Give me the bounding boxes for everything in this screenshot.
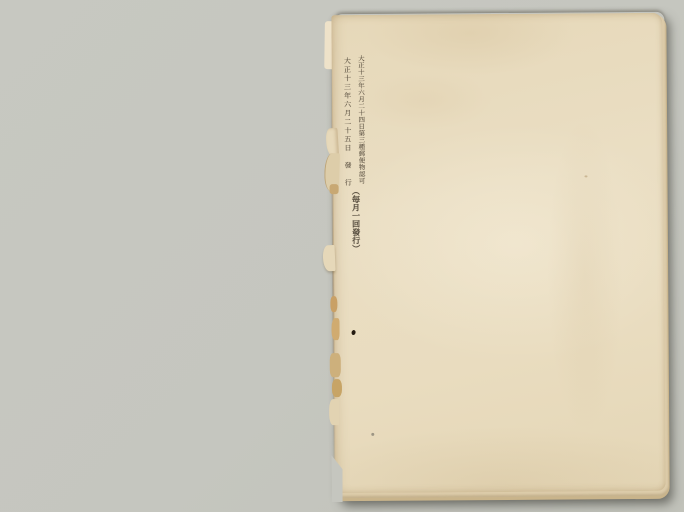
- torn-edge-flap: [329, 399, 339, 425]
- binding-glue-residue: [330, 296, 337, 312]
- monthly-issue-note: （毎月一回發行）: [352, 187, 361, 253]
- binding-glue-residue: [330, 353, 341, 377]
- scan-background: 大正十三年六月二十四日第三種郵便物認可 大正十三年六月二十五日 發 行 （毎月一…: [0, 0, 684, 512]
- paper-speck: [584, 175, 587, 177]
- scanned-page: [331, 13, 665, 493]
- book-page-stack: 大正十三年六月二十四日第三種郵便物認可 大正十三年六月二十五日 發 行 （毎月一…: [0, 0, 684, 512]
- paper-speck: [371, 433, 374, 436]
- postal-approval-date-line: 大正十三年六月二十四日第三種郵便物認可: [357, 55, 365, 184]
- publication-date-line: 大正十三年六月二十五日 發 行: [343, 57, 352, 188]
- binding-glue-residue: [332, 379, 342, 397]
- torn-edge-flap: [323, 245, 336, 271]
- binding-glue-residue: [330, 184, 339, 194]
- binding-glue-residue: [331, 318, 339, 340]
